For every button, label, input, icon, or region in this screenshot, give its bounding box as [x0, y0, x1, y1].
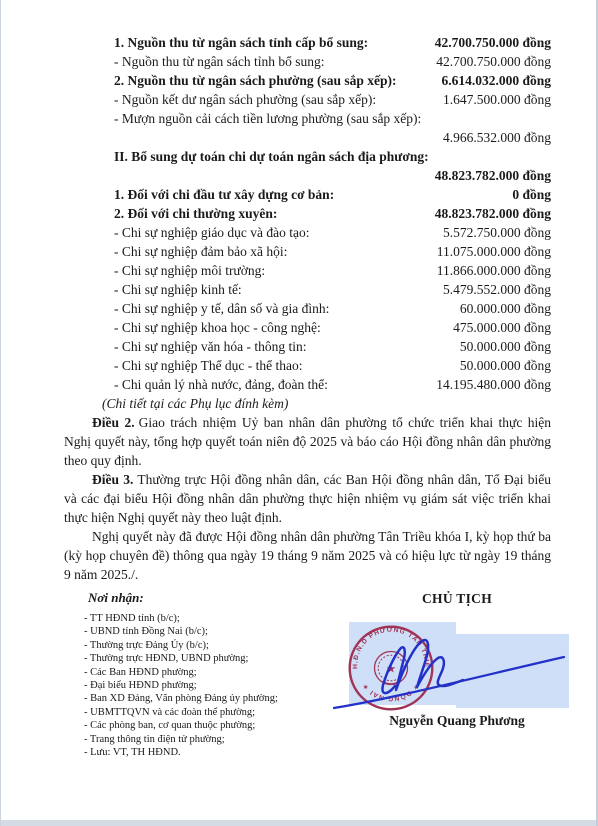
budget-line-item: - Chi sự nghiệp y tế, dân số và gia đình…	[64, 299, 551, 318]
page-edge-strip	[1, 820, 596, 826]
article-3-lead: Điều 3.	[92, 472, 133, 487]
budget-line-item: - Chi sự nghiệp môi trường:11.866.000.00…	[64, 261, 551, 280]
budget-line-item: - Chi sự nghiệp giáo dục và đào tạo:5.57…	[64, 223, 551, 242]
article-3-text: Thường trực Hội đồng nhân dân, các Ban H…	[64, 472, 551, 525]
amount-value: 48.823.782.000 đồng	[435, 168, 551, 183]
budget-line-item: 4.966.532.000 đồng	[64, 128, 551, 147]
budget-section-heading: II. Bổ sung dự toán chi dự toán ngân sác…	[64, 147, 551, 166]
budget-list: 1. Nguồn thu từ ngân sách tỉnh cấp bổ su…	[64, 33, 551, 413]
budget-line-item: 1. Đối với chi đầu tư xây dựng cơ bản:0 …	[64, 185, 551, 204]
recipient-item: - UBMTTQVN và các đoàn thể phường;	[84, 706, 342, 719]
budget-label: - Chi sự nghiệp kinh tế:	[64, 280, 242, 299]
amount-value: 14.195.480.000 đồng	[436, 375, 551, 394]
amount-value: 1.647.500.000 đồng	[443, 90, 551, 109]
amount-value: 475.000.000 đồng	[453, 318, 551, 337]
article-2-paragraph: Điều 2.Giao trách nhiệm Uỷ ban nhân dân …	[64, 413, 551, 470]
budget-label: 2. Nguồn thu từ ngân sách phường (sau sắ…	[64, 71, 397, 90]
budget-label: - Chi quản lý nhà nước, đảng, đoàn thể:	[64, 375, 328, 394]
budget-line-item: 2. Đối với chi thường xuyên:48.823.782.0…	[64, 204, 551, 223]
budget-line-item: - Chi sự nghiệp văn hóa - thông tin:50.0…	[64, 337, 551, 356]
amount-value: 6.614.032.000 đồng	[441, 71, 551, 90]
recipient-item: - Ban XD Đảng, Văn phòng Đảng ủy phường;	[84, 692, 342, 705]
article-3-paragraph: Điều 3.Thường trực Hội đồng nhân dân, cá…	[64, 470, 551, 527]
budget-label: 1. Nguồn thu từ ngân sách tỉnh cấp bổ su…	[64, 33, 368, 52]
budget-line-item: 2. Nguồn thu từ ngân sách phường (sau sắ…	[64, 71, 551, 90]
amount-value: 42.700.750.000 đồng	[435, 33, 551, 52]
appendix-note: (Chi tiết tại các Phụ lục đính kèm)	[64, 394, 551, 413]
recipient-item: - Trang thông tin điện tử phường;	[84, 733, 342, 746]
amount-value: 60.000.000 đồng	[460, 299, 551, 318]
amount-value: 11.866.000.000 đồng	[437, 261, 551, 280]
closing-paragraph: Nghị quyết này đã được Hội đồng nhân dân…	[64, 527, 551, 584]
budget-line-item: - Chi quản lý nhà nước, đảng, đoàn thể:1…	[64, 375, 551, 394]
budget-line-item: - Mượn nguồn cải cách tiền lương phường …	[64, 109, 551, 128]
amount-value: 11.075.000.000 đồng	[437, 242, 551, 261]
budget-label: - Chi sự nghiệp Thể dục - thể thao:	[64, 356, 303, 375]
article-2-lead: Điều 2.	[92, 415, 135, 430]
recipient-item: - UBND tỉnh Đồng Nai (b/c);	[84, 625, 342, 638]
budget-line-item: - Chi sự nghiệp Thể dục - thể thao:50.00…	[64, 356, 551, 375]
budget-line-item: - Chi sự nghiệp đảm bảo xã hội:11.075.00…	[64, 242, 551, 261]
recipient-item: - Đại biểu HĐND phường;	[84, 679, 342, 692]
amount-value: 5.479.552.000 đồng	[443, 280, 551, 299]
amount-value: 50.000.000 đồng	[460, 356, 551, 375]
budget-label: - Nguồn thu từ ngân sách tỉnh bổ sung:	[64, 52, 325, 71]
budget-label: - Mượn nguồn cải cách tiền lương phường …	[64, 109, 421, 128]
budget-label: - Chi sự nghiệp khoa học - công nghệ:	[64, 318, 321, 337]
budget-label: 2. Đối với chi thường xuyên:	[64, 204, 277, 223]
amount-value: 50.000.000 đồng	[460, 337, 551, 356]
budget-line-item: 48.823.782.000 đồng	[64, 166, 551, 185]
recipients-list: - TT HĐND tỉnh (b/c); - UBND tỉnh Đồng N…	[64, 612, 342, 759]
document-page: 1. Nguồn thu từ ngân sách tỉnh cấp bổ su…	[0, 0, 598, 826]
budget-line-item: - Nguồn thu từ ngân sách tỉnh bổ sung:42…	[64, 52, 551, 71]
amount-value: 42.700.750.000 đồng	[436, 52, 551, 71]
budget-line-item: - Nguồn kết dư ngân sách phường (sau sắp…	[64, 90, 551, 109]
budget-line-item: 1. Nguồn thu từ ngân sách tỉnh cấp bổ su…	[64, 33, 551, 52]
amount-value: 5.572.750.000 đồng	[443, 223, 551, 242]
recipient-item: - Thường trực HĐND, UBND phường;	[84, 652, 342, 665]
budget-label: - Chi sự nghiệp văn hóa - thông tin:	[64, 337, 307, 356]
budget-label: - Chi sự nghiệp giáo dục và đào tạo:	[64, 223, 310, 242]
signer-title: CHỦ TỊCH	[342, 589, 572, 608]
budget-label: - Chi sự nghiệp y tế, dân số và gia đình…	[64, 299, 329, 318]
budget-label: - Chi sự nghiệp môi trường:	[64, 261, 265, 280]
budget-label: - Nguồn kết dư ngân sách phường (sau sắp…	[64, 90, 376, 109]
closing-text: Nghị quyết này đã được Hội đồng nhân dân…	[64, 529, 551, 582]
amount-value: 0 đồng	[512, 185, 551, 204]
recipients-block: Nơi nhận: - TT HĐND tỉnh (b/c); - UBND t…	[64, 589, 342, 759]
budget-line-item: - Chi sự nghiệp khoa học - công nghệ:475…	[64, 318, 551, 337]
budget-label: II. Bổ sung dự toán chi dự toán ngân sác…	[64, 147, 429, 166]
recipient-item: - Lưu: VT, TH HĐND.	[84, 746, 342, 759]
budget-label: - Chi sự nghiệp đảm bảo xã hội:	[64, 242, 287, 261]
budget-line-item: - Chi sự nghiệp kinh tế:5.479.552.000 đồ…	[64, 280, 551, 299]
recipients-heading: Nơi nhận:	[64, 589, 342, 606]
recipient-item: - TT HĐND tỉnh (b/c);	[84, 612, 342, 625]
amount-value: 48.823.782.000 đồng	[435, 204, 551, 223]
amount-value: 4.966.532.000 đồng	[443, 130, 551, 145]
recipient-item: - Thường trực Đảng Ủy (b/c);	[84, 639, 342, 652]
recipient-item: - Các phòng ban, cơ quan thuộc phường;	[84, 719, 342, 732]
article-2-text: Giao trách nhiệm Uỷ ban nhân dân phường …	[64, 415, 551, 468]
signature-icon	[331, 616, 573, 720]
recipient-item: - Các Ban HĐND phường;	[84, 666, 342, 679]
budget-label: 1. Đối với chi đầu tư xây dựng cơ bản:	[64, 185, 334, 204]
